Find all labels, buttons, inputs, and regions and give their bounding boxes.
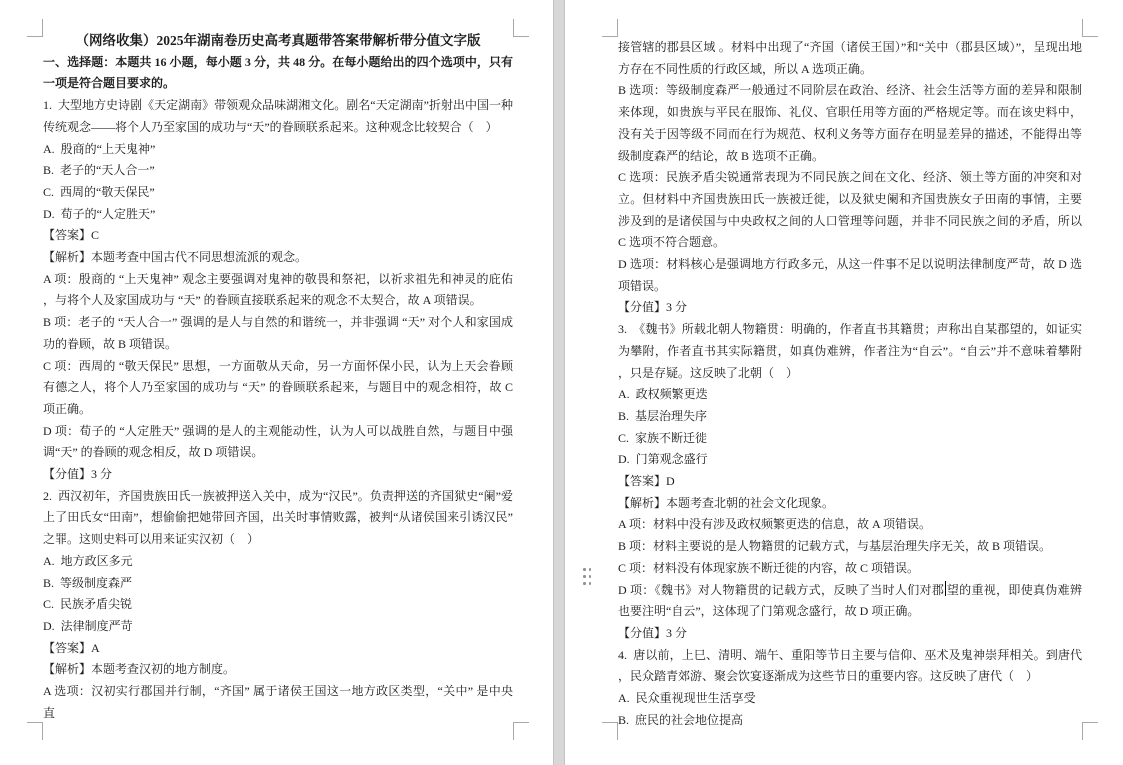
question-2-analysis-intro[interactable]: 【解析】本题考查汉初的地方制度。 [43, 659, 513, 681]
document-page-1[interactable]: （网络收集）2025年湖南卷历史高考真题带答案带解析带分值文字版一、选择题：本题… [0, 0, 553, 765]
question-1-answer[interactable]: 【答案】C [43, 225, 513, 247]
question-1-analysis-c[interactable]: C 项：西周的 “敬天保民” 思想，一方面敬从天命，另一方面怀保小民，认为上天会… [43, 356, 513, 421]
crop-mark-icon [513, 19, 529, 37]
question-2-analysis-c[interactable]: C 选项：民族矛盾尖锐通常表现为不同民族之间在文化、经济、领土等方面的冲突和对立… [618, 167, 1082, 254]
question-1-option-d[interactable]: D. 荀子的“人定胜天” [43, 204, 513, 226]
question-2-analysis-d[interactable]: D 选项：材料核心是强调地方行政多元，从这一件事不足以说明法律制度严苛，故 D … [618, 254, 1082, 297]
question-3-option-a[interactable]: A. 政权频繁更迭 [618, 384, 1082, 406]
question-2-score[interactable]: 【分值】3 分 [618, 297, 1082, 319]
question-1-option-a[interactable]: A. 殷商的“上天鬼神” [43, 139, 513, 161]
question-1-score[interactable]: 【分值】3 分 [43, 464, 513, 486]
drag-handle-icon[interactable] [583, 568, 591, 587]
crop-mark-icon [27, 19, 43, 37]
question-2-analysis-a-part1[interactable]: A 选项：汉初实行郡国并行制，“齐国” 属于诸侯王国这一地方政区类型，“关中” … [43, 681, 513, 724]
question-1-analysis-intro[interactable]: 【解析】本题考查中国古代不同思想流派的观念。 [43, 247, 513, 269]
doc-title[interactable]: （网络收集）2025年湖南卷历史高考真题带答案带解析带分值文字版 [43, 30, 513, 52]
question-1-option-b[interactable]: B. 老子的“天人合一” [43, 160, 513, 182]
question-3-analysis-d[interactable]: D 项：《魏书》对人物籍贯的记载方式，反映了当时人们对郡望的重视，即使真伪难辨也… [618, 580, 1082, 623]
question-1-analysis-a[interactable]: A 项：殷商的 “上天鬼神” 观念主要强调对鬼神的敬畏和祭祀，以祈求祖先和神灵的… [43, 269, 513, 312]
crop-mark-icon [602, 19, 618, 37]
question-3-option-c[interactable]: C. 家族不断迁徙 [618, 428, 1082, 450]
document-page-2[interactable]: 接管辖的郡县区域 。材料中出现了“齐国（诸侯王国）”和“关中（郡县区域）”，呈现… [565, 0, 1123, 765]
question-1-analysis-d[interactable]: D 项：荀子的 “人定胜天” 强调的是人的主观能动性，认为人可以战胜自然，与题目… [43, 421, 513, 464]
question-2-option-c[interactable]: C. 民族矛盾尖锐 [43, 594, 513, 616]
crop-mark-icon [27, 722, 43, 740]
page-2-text-area[interactable]: 接管辖的郡县区域 。材料中出现了“齐国（诸侯王国）”和“关中（郡县区域）”，呈现… [565, 0, 1123, 732]
question-2-option-d[interactable]: D. 法律制度严苛 [43, 616, 513, 638]
question-3-answer[interactable]: 【答案】D [618, 471, 1082, 493]
question-3-analysis-d-before-caret: D 项：《魏书》对人物籍贯的记载方式，反映了当时人们对郡 [618, 583, 944, 597]
crop-mark-icon [602, 722, 618, 740]
question-2-stem[interactable]: 2. 西汉初年，齐国贵族田氏一族被押送入关中，成为“汉民”。负责押送的齐国狱史“… [43, 486, 513, 551]
page-1-text-area[interactable]: （网络收集）2025年湖南卷历史高考真题带答案带解析带分值文字版一、选择题：本题… [0, 0, 553, 725]
question-1-option-c[interactable]: C. 西周的“敬天保民” [43, 182, 513, 204]
question-2-analysis-b[interactable]: B 选项：等级制度森严一般通过不同阶层在政治、经济、社会生活等方面的差异和限制来… [618, 80, 1082, 167]
crop-mark-icon [513, 722, 529, 740]
question-3-score[interactable]: 【分值】3 分 [618, 623, 1082, 645]
crop-mark-icon [1082, 722, 1098, 740]
page-gap-divider [553, 0, 565, 765]
question-2-answer[interactable]: 【答案】A [43, 638, 513, 660]
question-2-analysis-a-part2[interactable]: 接管辖的郡县区域 。材料中出现了“齐国（诸侯王国）”和“关中（郡县区域）”，呈现… [618, 37, 1082, 80]
question-4-stem[interactable]: 4. 唐以前，上巳、清明、端午、重阳等节日主要与信仰、巫术及鬼神崇拜相关。到唐代… [618, 645, 1082, 688]
question-3-analysis-b[interactable]: B 项：材料主要说的是人物籍贯的记载方式，与基层治理失序无关，故 B 项错误。 [618, 536, 1082, 558]
question-3-option-d[interactable]: D. 门第观念盛行 [618, 449, 1082, 471]
question-4-option-b[interactable]: B. 庶民的社会地位提高 [618, 710, 1082, 732]
question-1-stem[interactable]: 1. 大型地方史诗剧《天定湖南》带领观众品味湖湘文化。剧名“天定湖南”折射出中国… [43, 95, 513, 138]
question-2-option-a[interactable]: A. 地方政区多元 [43, 551, 513, 573]
question-1-analysis-b[interactable]: B 项：老子的 “天人合一” 强调的是人与自然的和谐统一，并非强调 “天” 对个… [43, 312, 513, 355]
question-2-option-b[interactable]: B. 等级制度森严 [43, 573, 513, 595]
question-3-option-b[interactable]: B. 基层治理失序 [618, 406, 1082, 428]
crop-mark-icon [1082, 19, 1098, 37]
section-heading[interactable]: 一、选择题：本题共 16 小题，每小题 3 分，共 48 分。在每小题给出的四个… [43, 52, 513, 95]
question-4-option-a[interactable]: A. 民众重视现世生活享受 [618, 688, 1082, 710]
question-3-stem[interactable]: 3. 《魏书》所载北朝人物籍贯：明确的，作者直书其籍贯；声称出自某郡望的，如证实… [618, 319, 1082, 384]
question-3-analysis-c[interactable]: C 项：材料没有体现家族不断迁徙的内容，故 C 项错误。 [618, 558, 1082, 580]
question-3-analysis-a[interactable]: A 项：材料中没有涉及政权频繁更迭的信息，故 A 项错误。 [618, 514, 1082, 536]
question-3-analysis-intro[interactable]: 【解析】本题考查北朝的社会文化现象。 [618, 493, 1082, 515]
